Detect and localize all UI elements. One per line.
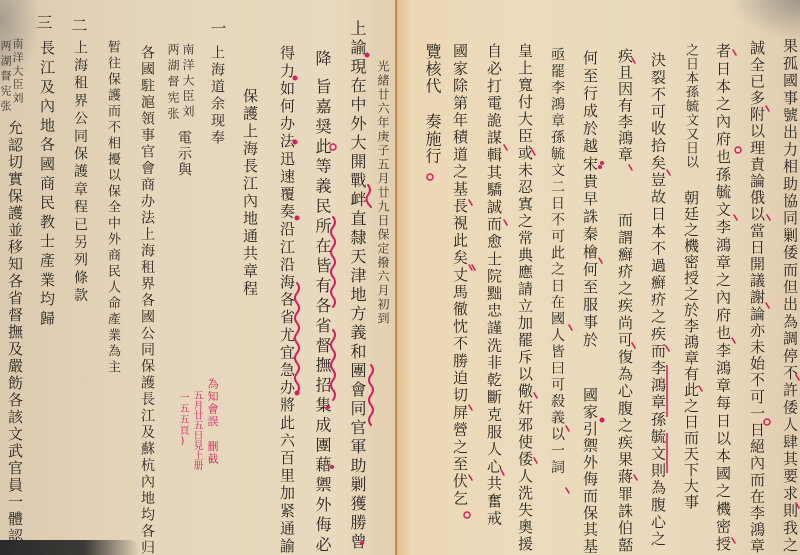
right-column-6-b: 而謂癬疥之疾尚可復為心腹之疾果蔣罪誅伯嚭 [617,212,632,554]
right-column-12-a: 覽核代 [424,43,440,95]
edict-column-1: 上諭現在中外大開戰衅直隸天津地方義和團會同官軍助剿獲勝曾 [349,20,365,552]
right-column-10: 自必打電詭謀輯其驕誠而愈士院黜忠謹洗非乾斷克服人心共奮戒 [486,43,501,527]
right-column-2: 誠全已多附以理責論俄以當日開議謝論亦未始不可一日絕內而在李鴻章 [749,40,764,555]
right-column-4-a: 之日本孫毓文又日以 [684,43,697,169]
article-3-number: 三 [35,14,51,30]
right-column-3: 者日本之內府也孫毓文李鴻章之內府也李鴻章每日以本國之機密授 [715,43,730,553]
right-column-5: 決裂不可收拾矣豈故日本不過癬疥之疾而李鴻章孫毓文則為腹心之 [650,52,665,548]
article-1-number: 一 [209,20,225,36]
red-annotation-date-ref: 五月廿五日見上册 [191,390,201,470]
article-1-official-lianghu: 两湖督宪张 [167,43,179,123]
article-3-line-2: 允認切實保護並移知各省督撫及嚴飭各該文武官員一體認 [7,120,22,545]
red-annotation-page-ref: 一五五頁) [177,392,187,448]
article-2-number: 二 [70,17,86,33]
right-column-1: 果孤國事號出力相助協同剿倭而但出為調停不許倭人肆其要求則我之 [782,38,797,554]
edict-column-3: 得力如何办法迅速覆奏沿江沿海各省尤宜急办將此六百里加紧通諭 [279,45,294,555]
article-3-official-lianghu: 两湖督宪张 [0,40,11,115]
article-3-line-1: 長江及內地各國商民教士產業均歸 [39,40,54,330]
article-1-line-1: 上海道余现奉 [210,45,224,147]
article-2-text: 上海租界公同保護章程已另列條款 [73,40,87,306]
article-1-line-2: 各國駐滬領事官會商办法上海租界各國公同保護長江及蘇杭內地均各归 [140,45,154,555]
edict-column-2: 旨嘉奨此等義民所在皆有各省督撫招集成團藉禦外侮必 [314,78,330,555]
gutter-shade [397,0,411,555]
red-annotation-deletion-note: 為知會誤 刪截 [207,378,218,466]
manuscript-spread: 光緒廿六年庚子五月廿九日保定撥六月初到 上諭現在中外大開戰衅直隸天津地方義和團會… [0,0,800,555]
article-3-official-nanyang: 南洋大臣刘 [12,38,23,106]
article-1-line-1-end: 電示與 [177,130,191,178]
article-1-official-nanyang: 南洋大臣刘 [182,43,194,121]
left-page [0,0,396,555]
right-column-4-b: 朝廷之機密授之於李鴻章有此之日而天下大事 [683,190,698,510]
right-column-6-a: 疾且因有李鴻章 [617,48,632,163]
right-column-7-b: 國家引禦外侮而保其基 [582,387,597,555]
date-note: 光緒廿六年庚子五月廿九日保定撥六月初到 [377,60,389,326]
right-column-9: 皇上寬付大臣或未忍寘之常典應請立加罷斥以儆奸邪使倭人洗失奧援 [517,43,532,553]
article-1-line-3: 暂往保護而不相擾以保全中外商民人命產業為主 [106,40,119,376]
right-column-12-b: 奏施行 [424,113,440,165]
right-column-7-a: 何至行成於越宋貴早誅秦檜何至服事於 [582,50,597,349]
regulations-title: 保護上海長江內地通共章程 [242,88,257,298]
right-column-11: 國家除第年積道之基長視此矣丈馬徹忱不勝迫切屏營之至伏乞 [452,43,467,507]
right-column-8: 亟罷李鴻章孫毓文二日不可此之日在國人皆曰可殺義以一詞 [550,47,564,476]
edict-column-2-head: 降 [314,50,330,66]
